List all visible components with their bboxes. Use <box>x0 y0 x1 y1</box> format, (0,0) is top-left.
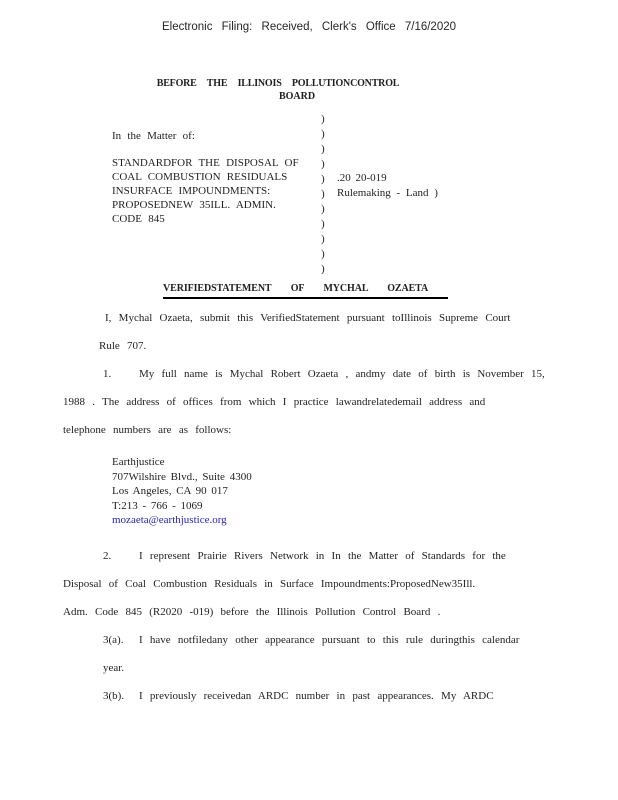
item3a-line: 3(a).I have notfiledany other appearance… <box>103 634 519 646</box>
item2-text: I represent Prairie Rivers Network in In… <box>139 550 506 562</box>
court-title-line2: BOARD <box>0 91 594 102</box>
caption-case-title: STANDARDFOR THE DISPOSAL OF COAL COMBUST… <box>112 156 299 226</box>
address-org: Earthjustice <box>112 455 252 470</box>
case-title-line: COAL COMBUSTION RESIDUALS <box>112 170 299 184</box>
caption-paren: ) <box>321 187 325 202</box>
item2-line: Disposal of Coal Combustion Residuals in… <box>63 578 475 590</box>
intro-line: I, Mychal Ozaeta, submit this VerifiedSt… <box>105 312 510 324</box>
docket-number: .20 20-019 <box>337 172 387 184</box>
caption-paren-column: ) ) ) ) ) ) ) ) ) ) ) <box>321 112 325 277</box>
caption-paren: ) <box>321 127 325 142</box>
efiling-stamp: Electronic Filing: Received, Clerk's Off… <box>0 21 618 33</box>
caption-paren: ) <box>321 247 325 262</box>
caption-paren: ) <box>321 232 325 247</box>
item2-number: 2. <box>103 550 139 562</box>
item3a-number: 3(a). <box>103 634 139 646</box>
email-link[interactable]: mozaeta@earthjustice.org <box>112 514 227 526</box>
case-title-line: STANDARDFOR THE DISPOSAL OF <box>112 156 299 170</box>
caption-paren: ) <box>321 262 325 277</box>
item1-line: 1988 . The address of offices from which… <box>63 396 485 408</box>
item3a-text: I have notfiledany other appearance purs… <box>139 634 519 646</box>
case-title-line: INSURFACE IMPOUNDMENTS: <box>112 184 299 198</box>
item2-line: Adm. Code 845 (R2020 -019) before the Il… <box>63 606 440 618</box>
item1-number: 1. <box>103 368 139 380</box>
document-page: Electronic Filing: Received, Clerk's Off… <box>0 0 618 800</box>
intro-line: Rule 707. <box>99 340 146 352</box>
court-title-line1: BEFORE THE ILLINOIS POLLUTIONCONTROL <box>0 78 556 89</box>
item1-line: telephone numbers are as follows: <box>63 424 231 436</box>
caption-paren: ) <box>321 172 325 187</box>
address-city: Los Angeles, CA 90 017 <box>112 484 252 499</box>
statement-heading: VERIFIEDSTATEMENT OF MYCHAL OZAETA <box>163 283 448 299</box>
caption-matter-label: In the Matter of: <box>112 130 195 142</box>
case-title-line: PROPOSEDNEW 35ILL. ADMIN. <box>112 198 299 212</box>
item3b-number: 3(b). <box>103 690 139 702</box>
item3b-line: 3(b).I previously receivedan ARDC number… <box>103 690 494 702</box>
item2-line: 2.I represent Prairie Rivers Network in … <box>103 550 506 562</box>
caption-paren: ) <box>321 142 325 157</box>
item3b-text: I previously receivedan ARDC number in p… <box>139 690 494 702</box>
item3a-line: year. <box>103 662 124 674</box>
proceeding-type: Rulemaking - Land ) <box>337 187 438 199</box>
item1-line: 1.My full name is Mychal Robert Ozaeta ,… <box>103 368 545 380</box>
caption-paren: ) <box>321 157 325 172</box>
case-title-line: CODE 845 <box>112 212 299 226</box>
caption-paren: ) <box>321 202 325 217</box>
contact-address-block: Earthjustice 707Wilshire Blvd., Suite 43… <box>112 455 252 528</box>
caption-paren: ) <box>321 112 325 127</box>
address-street: 707Wilshire Blvd., Suite 4300 <box>112 470 252 485</box>
item1-text: My full name is Mychal Robert Ozaeta , a… <box>139 368 545 380</box>
address-phone: T:213 - 766 - 1069 <box>112 499 252 514</box>
caption-paren: ) <box>321 217 325 232</box>
